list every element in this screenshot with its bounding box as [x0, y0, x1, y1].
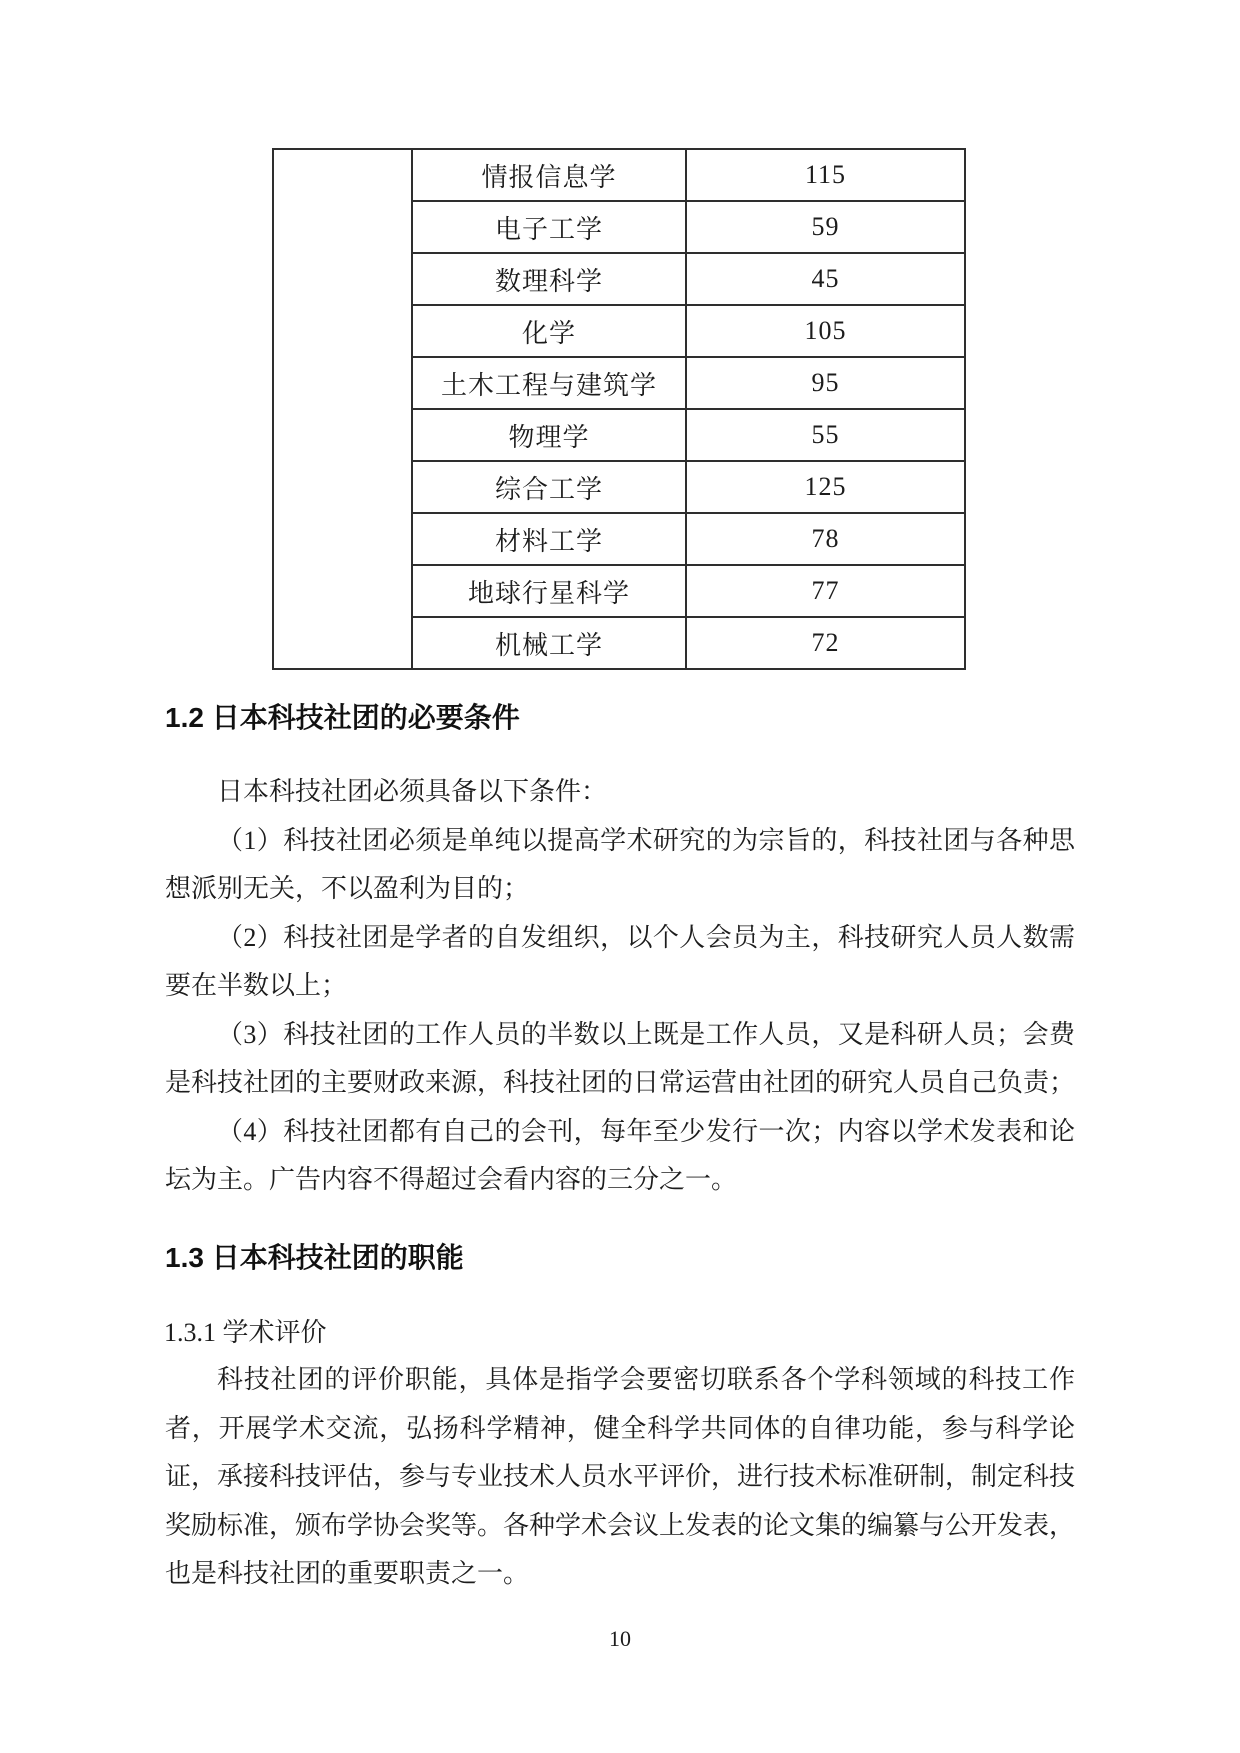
table-value-cell: 45: [686, 253, 965, 305]
discipline-table-body: 情报信息学 115 电子工学 59 数理科学 45 化学 105 土木工程与建筑…: [273, 149, 965, 669]
paragraph-condition-2: （2）科技社团是学者的自发组织，以个人会员为主，科技研究人员人数需要在半数以上；: [165, 914, 1075, 1011]
table-label-cell: 地球行星科学: [412, 565, 686, 617]
table-label-cell: 情报信息学: [412, 149, 686, 201]
paragraph-academic-evaluation: 科技社团的评价职能，具体是指学会要密切联系各个学科领域的科技工作者，开展学术交流…: [165, 1356, 1075, 1599]
table-value-cell: 59: [686, 201, 965, 253]
table-label-cell: 物理学: [412, 409, 686, 461]
table-value-cell: 105: [686, 305, 965, 357]
table-value-cell: 55: [686, 409, 965, 461]
paragraph-condition-3: （3）科技社团的工作人员的半数以上既是工作人员，又是科研人员；会费是科技社团的主…: [165, 1011, 1075, 1108]
table-value-cell: 78: [686, 513, 965, 565]
section-1-3-1-body: 科技社团的评价职能，具体是指学会要密切联系各个学科领域的科技工作者，开展学术交流…: [165, 1356, 1075, 1599]
section-heading-1-2: 1.2 日本科技社团的必要条件: [165, 698, 520, 738]
table-label-cell: 材料工学: [412, 513, 686, 565]
section-heading-1-3: 1.3 日本科技社团的职能: [165, 1238, 464, 1278]
table-value-cell: 72: [686, 617, 965, 669]
discipline-count-table: 情报信息学 115 电子工学 59 数理科学 45 化学 105 土木工程与建筑…: [272, 148, 966, 670]
section-1-2-body: 日本科技社团必须具备以下条件： （1）科技社团必须是单纯以提高学术研究的为宗旨的…: [165, 768, 1075, 1205]
table-label-cell: 电子工学: [412, 201, 686, 253]
paragraph-intro: 日本科技社团必须具备以下条件：: [165, 768, 1075, 817]
paragraph-condition-4: （4）科技社团都有自己的会刊，每年至少发行一次；内容以学术发表和论坛为主。广告内…: [165, 1108, 1075, 1205]
table-value-cell: 125: [686, 461, 965, 513]
table-label-cell: 化学: [412, 305, 686, 357]
subsection-heading-1-3-1: 1.3.1 学术评价: [164, 1313, 327, 1353]
table-value-cell: 95: [686, 357, 965, 409]
paragraph-condition-1: （1）科技社团必须是单纯以提高学术研究的为宗旨的，科技社团与各种思想派别无关，不…: [165, 817, 1075, 914]
page-number: 10: [0, 1624, 1240, 1654]
table-value-cell: 115: [686, 149, 965, 201]
table-label-cell: 土木工程与建筑学: [412, 357, 686, 409]
table-label-cell: 数理科学: [412, 253, 686, 305]
table-row: 情报信息学 115: [273, 149, 965, 201]
table-label-cell: 综合工学: [412, 461, 686, 513]
table-label-cell: 机械工学: [412, 617, 686, 669]
document-page: 情报信息学 115 电子工学 59 数理科学 45 化学 105 土木工程与建筑…: [0, 0, 1240, 1753]
table-merged-empty-cell: [273, 149, 412, 669]
table-value-cell: 77: [686, 565, 965, 617]
